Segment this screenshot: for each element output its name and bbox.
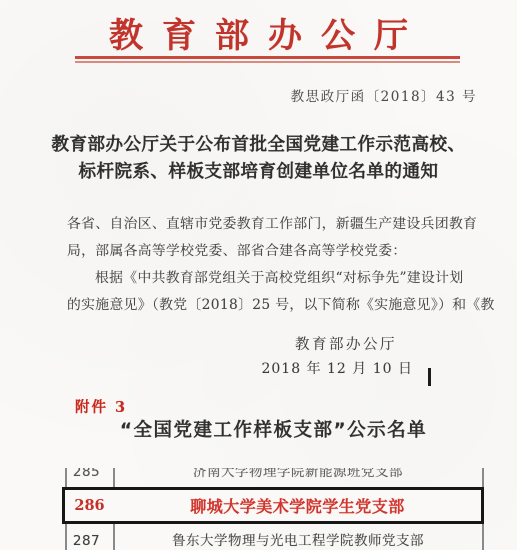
row-number: 285 xyxy=(62,468,111,482)
notice-title-line1: 教育部办公厅关于公布首批全国党建工作示范高校、 xyxy=(20,132,497,159)
body-line2: 的实施意见》（教党〔2018〕25 号，以下简称《实施意见》）和《教 xyxy=(67,292,481,319)
highlighted-table-row: 286 聊城大学美术学院学生党支部 xyxy=(62,487,484,524)
addressees-line2: 局，部属各高等学校党委、部省合建各高等学校党委： xyxy=(67,238,481,265)
row-branch-name: 鲁东大学物理与光电工程学院教师党支部 xyxy=(111,532,485,550)
document-number: 教思政厅函〔2018〕43 号 xyxy=(0,85,477,105)
stray-cursor-mark xyxy=(428,368,431,386)
row-number: 287 xyxy=(62,532,111,550)
issue-date: 2018 年 12 月 10 日 xyxy=(0,358,413,378)
agency-letterhead: 教育部办公厅 xyxy=(0,8,517,57)
table-row: 285 济南大学物理学院新能源班党支部 xyxy=(62,468,485,487)
body-paragraph: 根据《中共教育部党组关于高校党组织“对标争先”建设计划 的实施意见》（教党〔20… xyxy=(67,265,481,319)
notice-title-line2: 标杆院系、样板支部培育创建单位名单的通知 xyxy=(20,159,497,186)
addressees-paragraph: 各省、自治区、直辖市党委教育工作部门，新疆生产建设兵团教育 局，部属各高等学校党… xyxy=(67,211,481,265)
notice-title: 教育部办公厅关于公布首批全国党建工作示范高校、 标杆院系、样板支部培育创建单位名… xyxy=(20,132,497,186)
attachment-label: 附件 3 xyxy=(75,396,127,417)
table-row: 287 鲁东大学物理与光电工程学院教师党支部 xyxy=(62,524,485,550)
body-line1: 根据《中共教育部党组关于高校党组织“对标争先”建设计划 xyxy=(67,265,481,292)
row-branch-name: 聊城大学美术学院学生党支部 xyxy=(114,494,481,517)
letterhead-rule xyxy=(75,56,460,63)
addressees-line1: 各省、自治区、直辖市党委教育工作部门，新疆生产建设兵团教育 xyxy=(67,211,481,238)
roster-table: 285 济南大学物理学院新能源班党支部 286 聊城大学美术学院学生党支部 28… xyxy=(62,468,485,550)
document-page: 教育部办公厅 教思政厅函〔2018〕43 号 教育部办公厅关于公布首批全国党建工… xyxy=(0,0,517,550)
row-branch-name: 济南大学物理学院新能源班党支部 xyxy=(111,468,485,482)
roster-heading: “全国党建工作样板支部”公示名单 xyxy=(0,416,517,442)
issuing-agency-signature: 教育部办公厅 xyxy=(0,333,397,354)
row-number: 286 xyxy=(65,497,114,514)
